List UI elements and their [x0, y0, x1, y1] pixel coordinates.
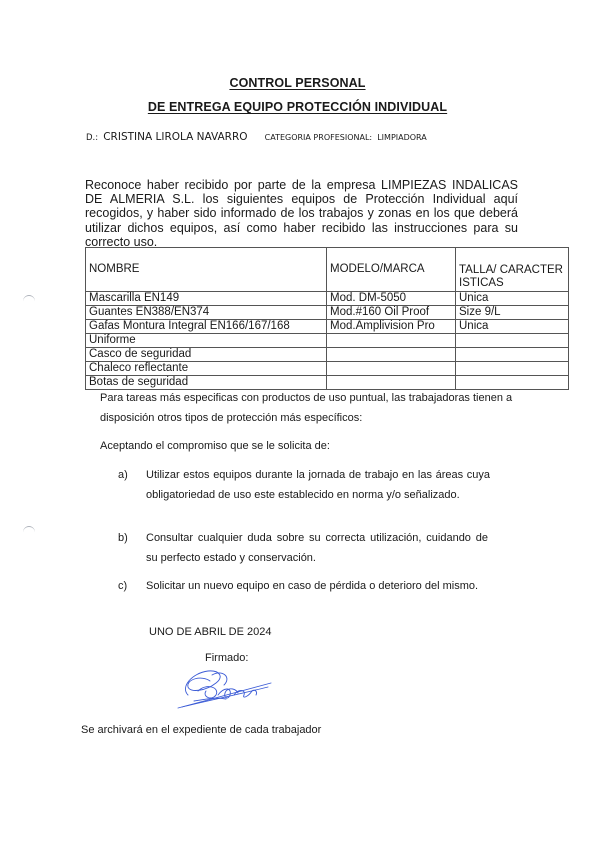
- table-row: Uniforme: [86, 334, 569, 348]
- specific-equipment-note: Para tareas más especificas con producto…: [100, 388, 520, 428]
- header-talla: TALLA/ CARACTERISTICAS: [456, 248, 569, 292]
- list-marker: b): [118, 528, 128, 548]
- cell-nombre: Uniforme: [86, 334, 327, 348]
- cell-modelo: Mod.Amplivision Pro: [327, 320, 456, 334]
- document-subtitle: DE ENTREGA EQUIPO PROTECCIÓN INDIVIDUAL: [0, 100, 595, 114]
- commitment-text: Utilizar estos equipos durante la jornad…: [146, 465, 490, 505]
- cell-nombre: Chaleco reflectante: [86, 362, 327, 376]
- cell-talla: [456, 348, 569, 362]
- punch-hole-mark: [23, 295, 35, 308]
- commitment-item: b) Consultar cualquier duda sobre su cor…: [118, 528, 518, 568]
- document-title: CONTROL PERSONAL: [0, 76, 595, 90]
- cell-modelo: [327, 334, 456, 348]
- cell-modelo: Mod. DM-5050: [327, 292, 456, 306]
- cell-nombre: Casco de seguridad: [86, 348, 327, 362]
- cell-nombre: Mascarilla EN149: [86, 292, 327, 306]
- cell-talla: [456, 334, 569, 348]
- commitment-text: Solicitar un nuevo equipo en caso de pér…: [146, 576, 488, 596]
- cell-talla: [456, 362, 569, 376]
- table-row: Gafas Montura Integral EN166/167/168 Mod…: [86, 320, 569, 334]
- category-label: CATEGORIA PROFESIONAL:: [265, 133, 373, 142]
- category-value: LIMPIADORA: [377, 133, 427, 142]
- punch-hole-mark: [23, 526, 35, 539]
- commitment-intro: Aceptando el compromiso que se le solici…: [100, 436, 520, 456]
- employee-name: CRISTINA LIROLA NAVARRO: [103, 131, 247, 143]
- list-marker: a): [118, 465, 128, 485]
- list-marker: c): [118, 576, 127, 596]
- signature-image: [176, 665, 276, 710]
- cell-nombre: Guantes EN388/EN374: [86, 306, 327, 320]
- cell-talla: Size 9/L: [456, 306, 569, 320]
- cell-talla: Única: [456, 292, 569, 306]
- ppe-table: NOMBRE MODELO/MARCA TALLA/ CARACTERISTIC…: [85, 247, 569, 390]
- table-row: Chaleco reflectante: [86, 362, 569, 376]
- document-page: CONTROL PERSONAL DE ENTREGA EQUIPO PROTE…: [0, 0, 595, 841]
- commitment-text: Consultar cualquier duda sobre su correc…: [146, 528, 488, 568]
- table-row: Mascarilla EN149 Mod. DM-5050 Única: [86, 292, 569, 306]
- table-row: Casco de seguridad: [86, 348, 569, 362]
- commitment-item: c) Solicitar un nuevo equipo en caso de …: [118, 576, 518, 616]
- cell-modelo: [327, 348, 456, 362]
- cell-talla: Única: [456, 320, 569, 334]
- header-nombre: NOMBRE: [86, 248, 327, 292]
- employee-line: D.: CRISTINA LIROLA NAVARRO CATEGORIA PR…: [86, 125, 427, 144]
- signed-label: Firmado:: [205, 652, 248, 664]
- commitment-item: a) Utilizar estos equipos durante la jor…: [118, 465, 518, 525]
- employee-prefix: D.:: [86, 133, 98, 143]
- document-date: UNO DE ABRIL DE 2024: [149, 626, 271, 638]
- archive-note: Se archivará en el expediente de cada tr…: [81, 724, 321, 736]
- table-header-row: NOMBRE MODELO/MARCA TALLA/ CARACTERISTIC…: [86, 248, 569, 292]
- cell-nombre: Gafas Montura Integral EN166/167/168: [86, 320, 327, 334]
- intro-paragraph: Reconoce haber recibido por parte de la …: [85, 178, 518, 249]
- cell-modelo: [327, 362, 456, 376]
- table-row: Guantes EN388/EN374 Mod.#160 Oil Proof S…: [86, 306, 569, 320]
- header-modelo-marca: MODELO/MARCA: [327, 248, 456, 292]
- cell-modelo: Mod.#160 Oil Proof: [327, 306, 456, 320]
